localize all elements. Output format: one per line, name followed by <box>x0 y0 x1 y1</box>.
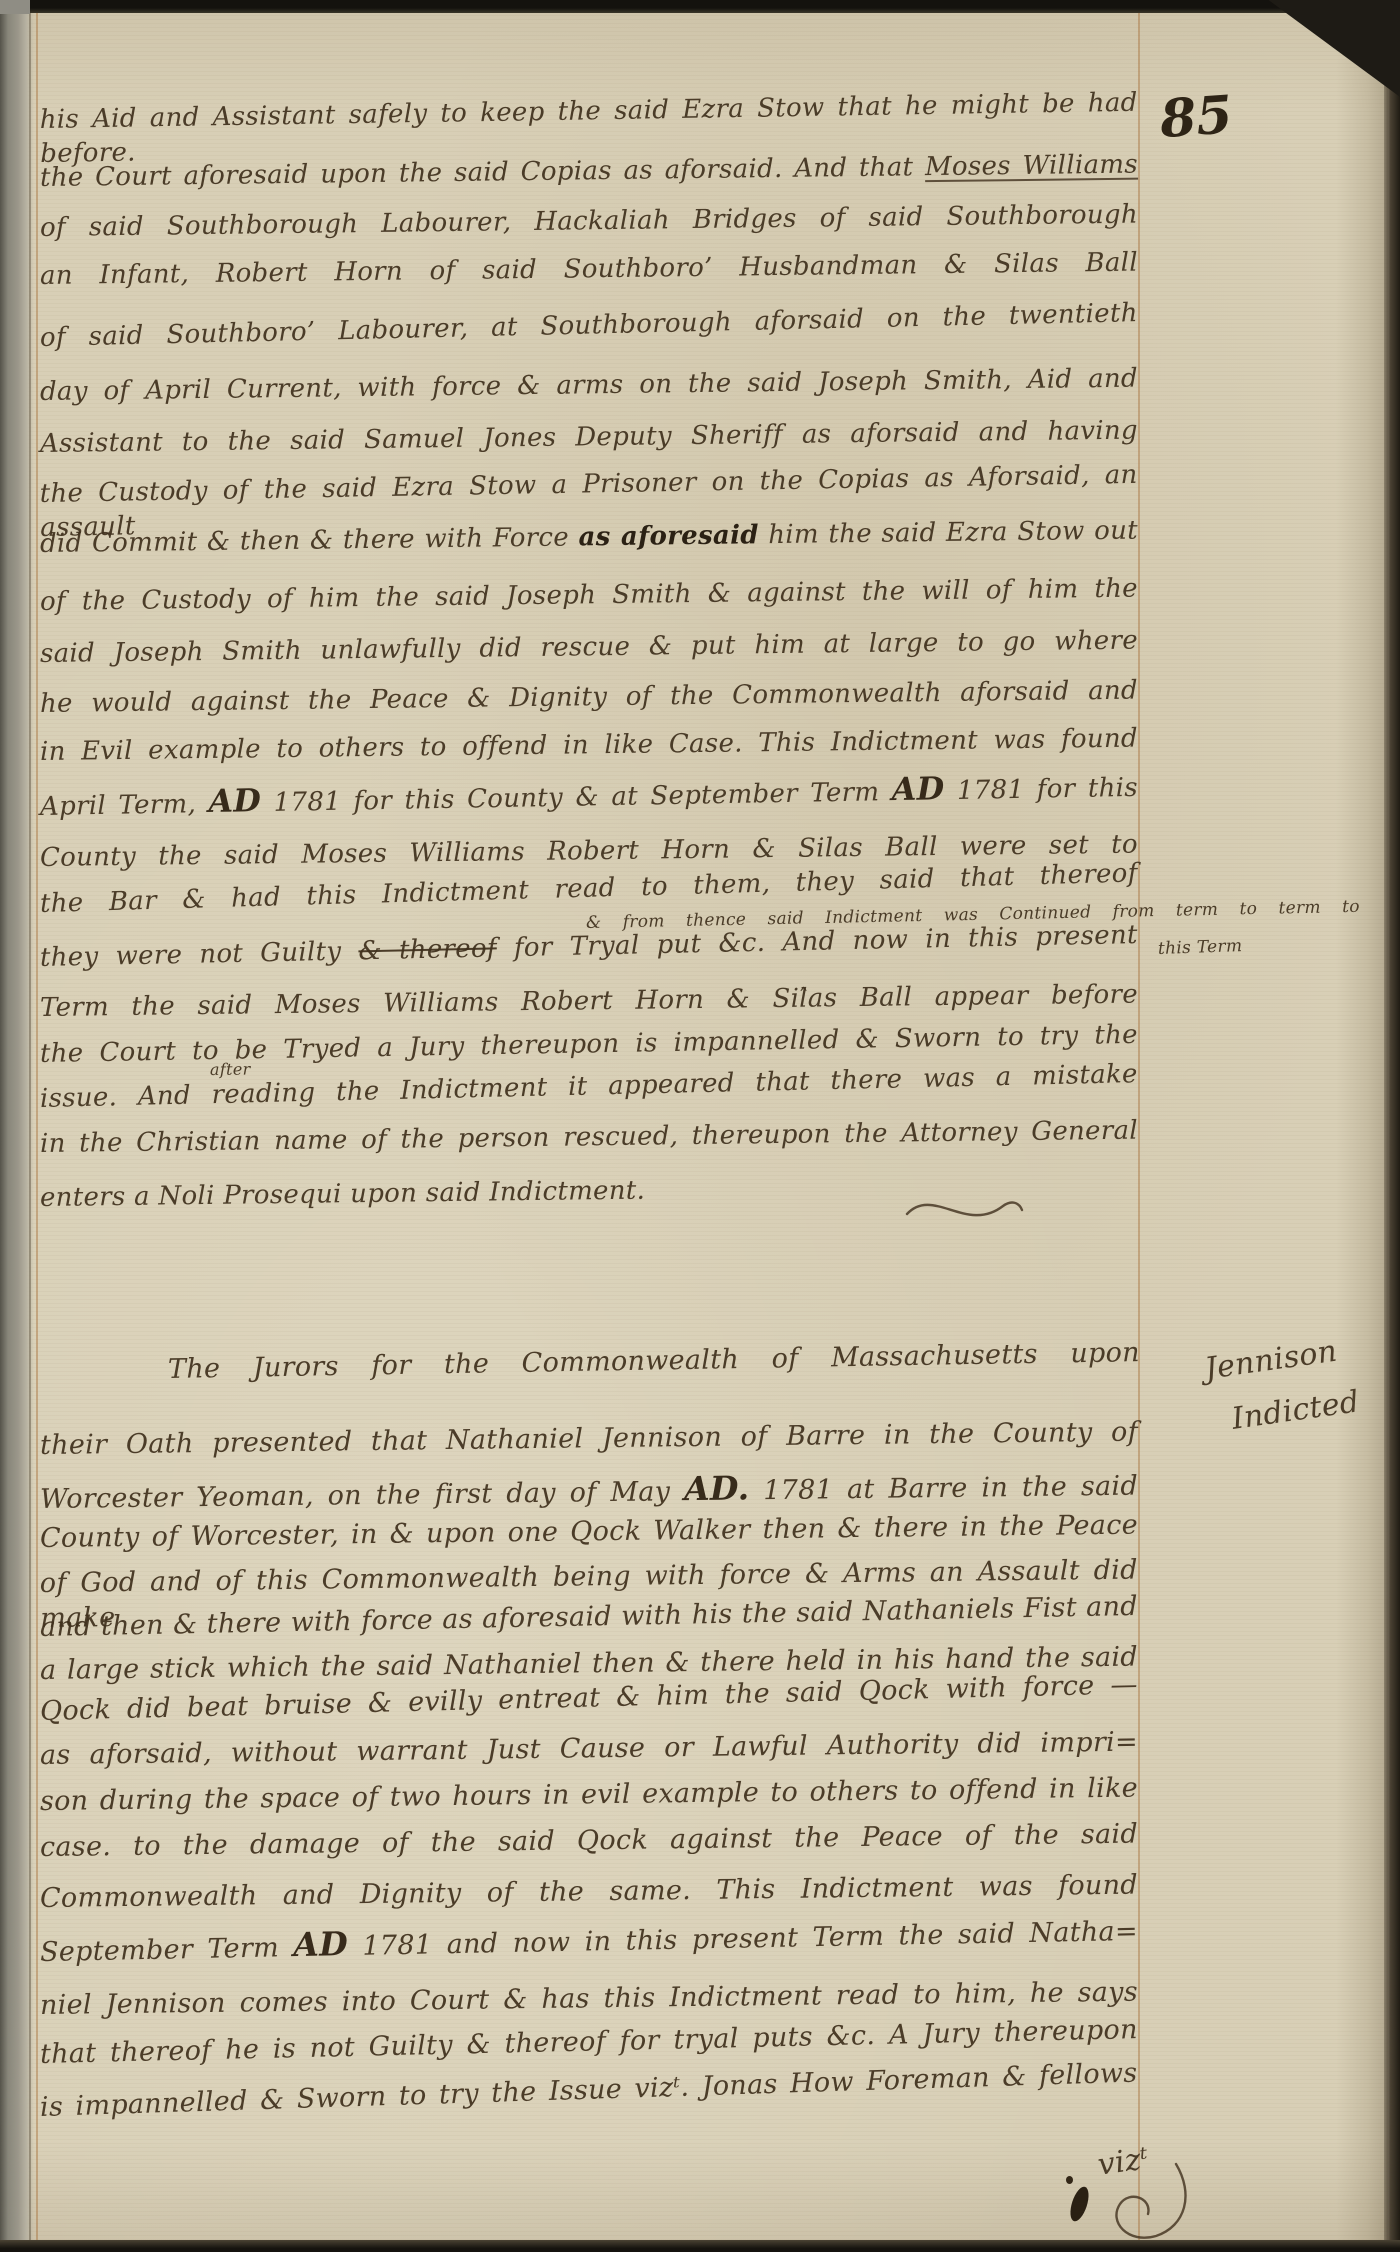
text-segment: niel Jennison comes into Court & has thi… <box>40 1977 1138 2021</box>
text-segment: 1781 for this County & at September Term <box>261 777 892 818</box>
manuscript-line-38: son during the space of two hours in evi… <box>40 1771 1138 1820</box>
manuscript-line-14: April Term, AD 1781 for this County & at… <box>40 765 1139 825</box>
manuscript-line-7: Assistant to the said Samuel Jones Deput… <box>40 415 1138 462</box>
text-segment: April Term, <box>40 789 209 822</box>
manuscript-line-13: in Evil example to others to offend in l… <box>40 723 1138 770</box>
manuscript-page: 85 his Aid and Assistant safely to keep … <box>0 0 1400 2252</box>
scan-edge-bottom <box>0 2240 1400 2252</box>
text-segment: Worcester Yeoman, on the first day of Ma… <box>40 1476 684 1515</box>
text-segment: after <box>210 1060 251 1079</box>
interline-continuation-wrap: this Term <box>1158 935 1243 960</box>
manuscript-line-40: Commonwealth and Dignity of the same. Th… <box>40 1868 1138 1917</box>
manuscript-line-11: said Joseph Smith unlawfully did rescue … <box>40 625 1138 672</box>
text-segment: 1781 at Barre in the said <box>749 1471 1138 1507</box>
text-segment: Jennison <box>1203 1334 1340 1387</box>
text-segment: him the said Ezra Stow out <box>759 516 1139 551</box>
manuscript-line-41: September Term AD 1781 and now in this p… <box>40 1908 1139 1972</box>
text-segment: in Evil example to others to offend in l… <box>40 724 1138 767</box>
manuscript-line-5: of said Southboro’ Labourer, at Southbor… <box>40 297 1138 356</box>
text-segment-s: & thereof <box>358 933 497 966</box>
scan-corner-top-left <box>0 0 30 14</box>
text-segment: their Oath presented that Nathaniel Jenn… <box>40 1417 1138 1461</box>
manuscript-line-10: of the Custody of him the said Joseph Sm… <box>40 573 1138 620</box>
margin-note-jennison: Jennison <box>1202 1332 1339 1389</box>
manuscript-line-4: an Infant, Robert Horn of said Southboro… <box>40 247 1138 294</box>
manuscript-line-39: case. to the damage of the said Qock aga… <box>40 1817 1138 1866</box>
text-segment: he would against the Peace & Dignity of … <box>40 676 1138 719</box>
text-segment-b: AD. <box>684 1468 750 1508</box>
text-segment: in the Christian name of the person resc… <box>40 1116 1138 1159</box>
flourish-after-noli-prosequi <box>905 1192 1025 1236</box>
text-segment: this Term <box>1158 936 1243 959</box>
text-segment: enters a Noli Prosequi upon said Indictm… <box>40 1176 645 1213</box>
text-segment: of said Southborough Labourer, Hackaliah… <box>40 200 1138 243</box>
page-edge-right <box>1384 0 1400 2252</box>
text-segment: 1781 and now in this present Term the sa… <box>348 1916 1138 1962</box>
manuscript-line-37: as aforsaid, without warrant Just Cause … <box>40 1725 1138 1774</box>
manuscript-line-12: he would against the Peace & Dignity of … <box>40 675 1138 722</box>
ink-blot <box>1067 2185 1092 2224</box>
text-segment: did Commit & then & there with Force <box>40 522 579 559</box>
text-segment: day of April Current, with force & arms … <box>40 364 1138 407</box>
text-segment: they were not Guilty <box>40 936 359 973</box>
text-segment: son during the space of two hours in evi… <box>40 1773 1138 1817</box>
catchword-viz: vizᵗ <box>1095 2139 1151 2185</box>
text-segment: of the Custody of him the said Joseph Sm… <box>40 574 1138 617</box>
manuscript-line-26: enters a Noli Prosequi upon said Indictm… <box>40 1175 646 1216</box>
text-segment: an Infant, Robert Horn of said Southboro… <box>40 248 1138 291</box>
paper-edge-left <box>29 0 31 2252</box>
text-segment: Term the said Moses Williams Robert Horn… <box>40 980 1138 1023</box>
manuscript-line-21: Term the said Moses Williams Robert Horn… <box>40 979 1138 1026</box>
margin-rule-left <box>36 0 38 2252</box>
page-curl-shadow <box>1336 0 1388 2252</box>
text-segment: case. to the damage of the said Qock aga… <box>40 1819 1138 1863</box>
text-segment-ov: as aforesaid <box>578 520 759 552</box>
text-segment-b: AD <box>891 770 944 808</box>
text-segment-b: AD <box>208 782 261 820</box>
text-segment: The Jurors for the Commonwealth of Massa… <box>168 1337 1140 1385</box>
manuscript-line-25: in the Christian name of the person resc… <box>40 1115 1138 1162</box>
manuscript-line-3: of said Southborough Labourer, Hackaliah… <box>40 199 1138 246</box>
text-segment: Commonwealth and Dignity of the same. Th… <box>40 1870 1138 1914</box>
text-segment: September Term <box>40 1932 294 1968</box>
text-segment: vizᵗ <box>1096 2141 1151 2183</box>
text-segment: said Joseph Smith unlawfully did rescue … <box>40 626 1138 669</box>
text-segment-u: Moses Williams <box>925 150 1138 183</box>
scan-edge-top <box>0 0 1400 13</box>
manuscript-line-27: The Jurors for the Commonwealth of Massa… <box>168 1335 1140 1387</box>
text-segment-b: AD <box>293 1924 348 1964</box>
text-segment: Assistant to the said Samuel Jones Deput… <box>40 416 1138 459</box>
text-segment: of said Southboro’ Labourer, at Southbor… <box>40 298 1138 353</box>
manuscript-line-30: their Oath presented that Nathaniel Jenn… <box>40 1415 1138 1464</box>
margin-rule-right <box>1138 0 1140 2252</box>
manuscript-line-6: day of April Current, with force & arms … <box>40 363 1138 410</box>
text-segment: 1781 for this <box>944 773 1138 806</box>
ink-blot-small <box>1066 2176 1073 2184</box>
text-segment: as aforsaid, without warrant Just Cause … <box>40 1727 1138 1771</box>
page-number: 85 <box>1158 83 1252 150</box>
